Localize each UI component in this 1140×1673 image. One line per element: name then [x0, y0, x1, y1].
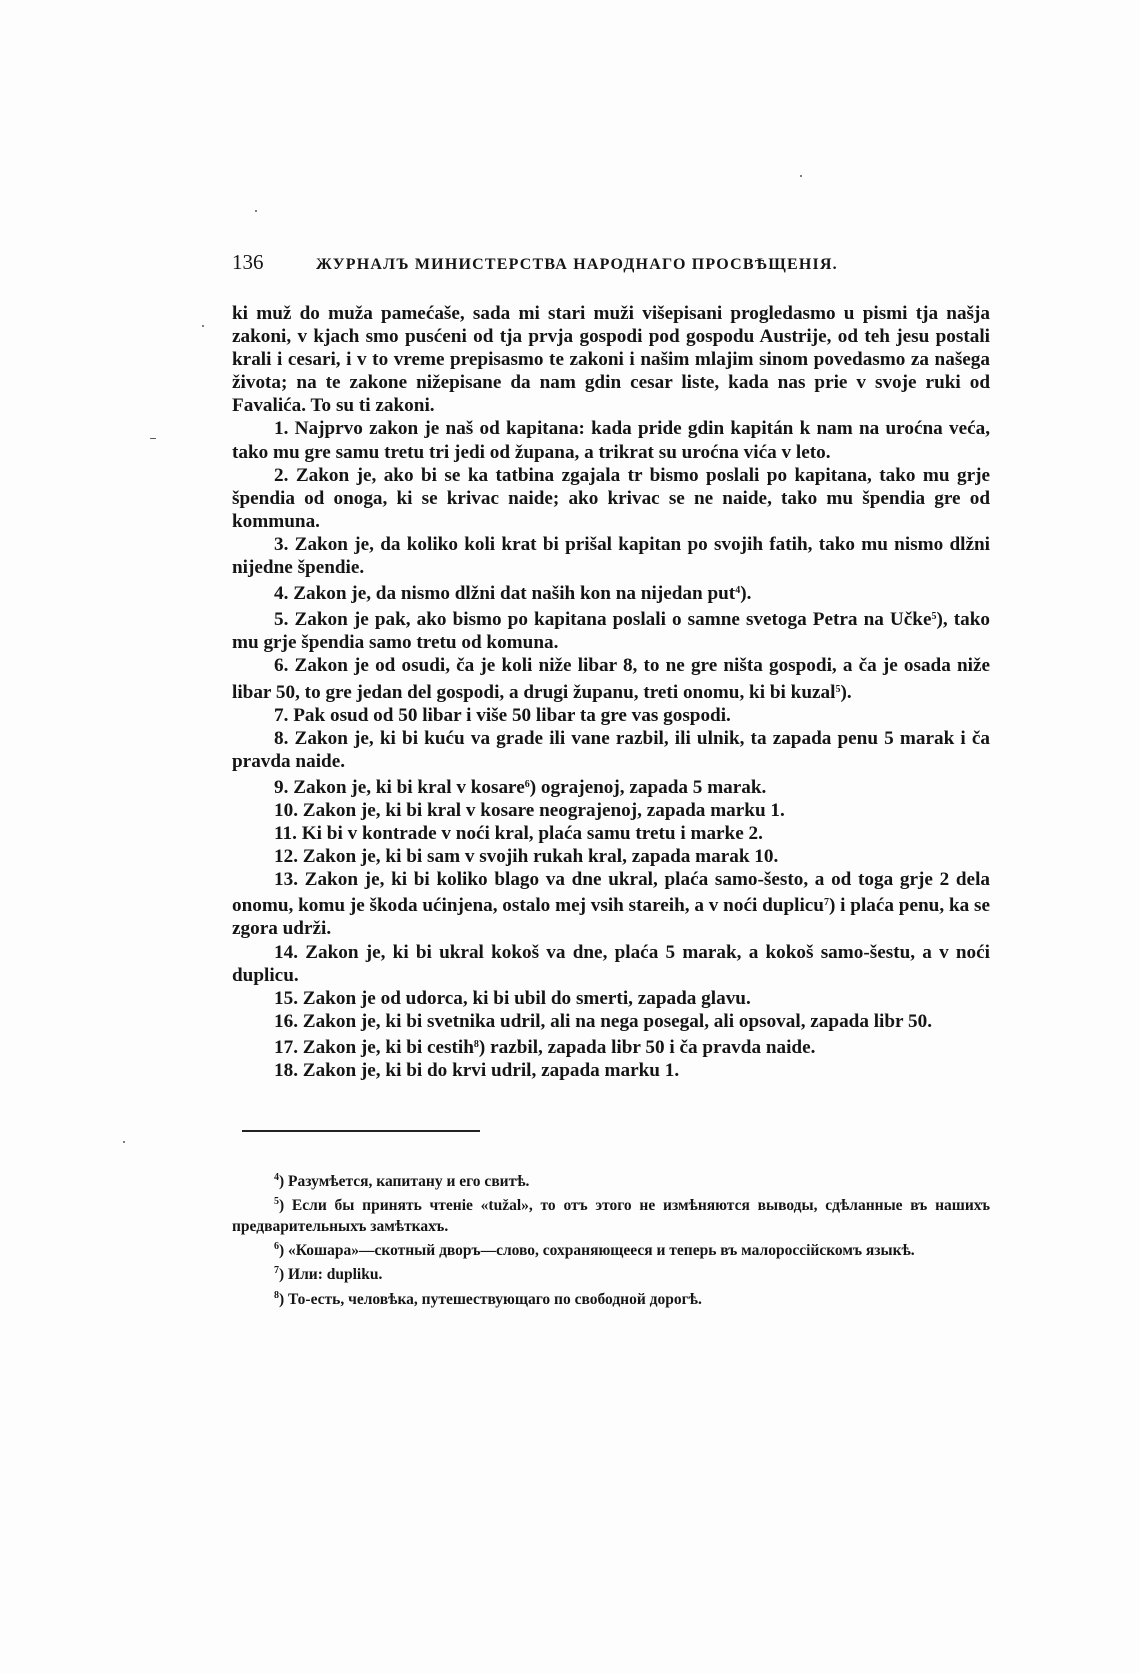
footnote: 4) Разумѣется, капитану и его свитѣ. [232, 1168, 990, 1192]
scan-speck [123, 1141, 125, 1143]
running-header: 136 ЖУРНАЛЪ МИНИСТЕРСТВА НАРОДНАГО ПРОСВ… [232, 250, 990, 278]
law-paragraph: 12. Zakon je, ki bi sam v svojih rukah k… [232, 845, 990, 868]
law-paragraph: 6. Zakon je od osudi, ča je koli niže li… [232, 654, 990, 703]
document-page: 136 ЖУРНАЛЪ МИНИСТЕРСТВА НАРОДНАГО ПРОСВ… [232, 250, 990, 1310]
laws-list: 1. Najprvo zakon je naš od kapitana: kad… [232, 417, 990, 1082]
scan-speck [255, 210, 257, 212]
intro-paragraph: ki muž do muža pamećaše, sada mi stari m… [232, 302, 990, 417]
scan-speck [202, 325, 204, 327]
law-paragraph: 5. Zakon je pak, ako bismo po kapitana p… [232, 605, 990, 654]
law-paragraph: 4. Zakon je, da nismo dlžni dat naših ko… [232, 579, 990, 605]
footnote: 6) «Кошара»—скотный дворъ—слово, сохраня… [232, 1237, 990, 1261]
footnote: 7) Или: dupliku. [232, 1261, 990, 1285]
law-paragraph: 1. Najprvo zakon je naš od kapitana: kad… [232, 417, 990, 463]
law-paragraph: 16. Zakon je, ki bi svetnika udril, ali … [232, 1010, 990, 1033]
law-paragraph: 9. Zakon je, ki bi kral v kosare6) ograj… [232, 773, 990, 799]
law-paragraph: 18. Zakon je, ki bi do krvi udril, zapad… [232, 1059, 990, 1082]
scan-speck [800, 175, 802, 177]
law-paragraph: 13. Zakon je, ki bi koliko blago va dne … [232, 868, 990, 940]
law-paragraph: 10. Zakon je, ki bi kral v kosare neogra… [232, 799, 990, 822]
law-paragraph: 2. Zakon je, ako bi se ka tatbina zgajal… [232, 464, 990, 533]
page-number: 136 [232, 250, 302, 275]
law-paragraph: 8. Zakon je, ki bi kuću va grade ili van… [232, 727, 990, 773]
footnote: 5) Если бы принять чтеніе «tužal», то от… [232, 1192, 990, 1237]
footnote-separator [242, 1130, 480, 1132]
law-paragraph: 3. Zakon je, da koliko koli krat bi priš… [232, 533, 990, 579]
law-paragraph: 14. Zakon je, ki bi ukral kokoš va dne, … [232, 941, 990, 987]
law-paragraph: 11. Ki bi v kontrade v noći kral, plaća … [232, 822, 990, 845]
law-paragraph: 7. Pak osud od 50 libar i više 50 libar … [232, 704, 990, 727]
law-paragraph: 17. Zakon je, ki bi cestih8) razbil, zap… [232, 1033, 990, 1059]
footnotes: 4) Разумѣется, капитану и его свитѣ.5) Е… [232, 1168, 990, 1310]
law-paragraph: 15. Zakon je od udorca, ki bi ubil do sm… [232, 987, 990, 1010]
running-title: ЖУРНАЛЪ МИНИСТЕРСТВА НАРОДНАГО ПРОСВѢЩЕН… [316, 256, 838, 274]
scan-speck [150, 438, 156, 439]
footnote: 8) То-есть, человѣка, путешествующаго по… [232, 1286, 990, 1310]
body-text: ki muž do muža pamećaše, sada mi stari m… [232, 302, 990, 1082]
